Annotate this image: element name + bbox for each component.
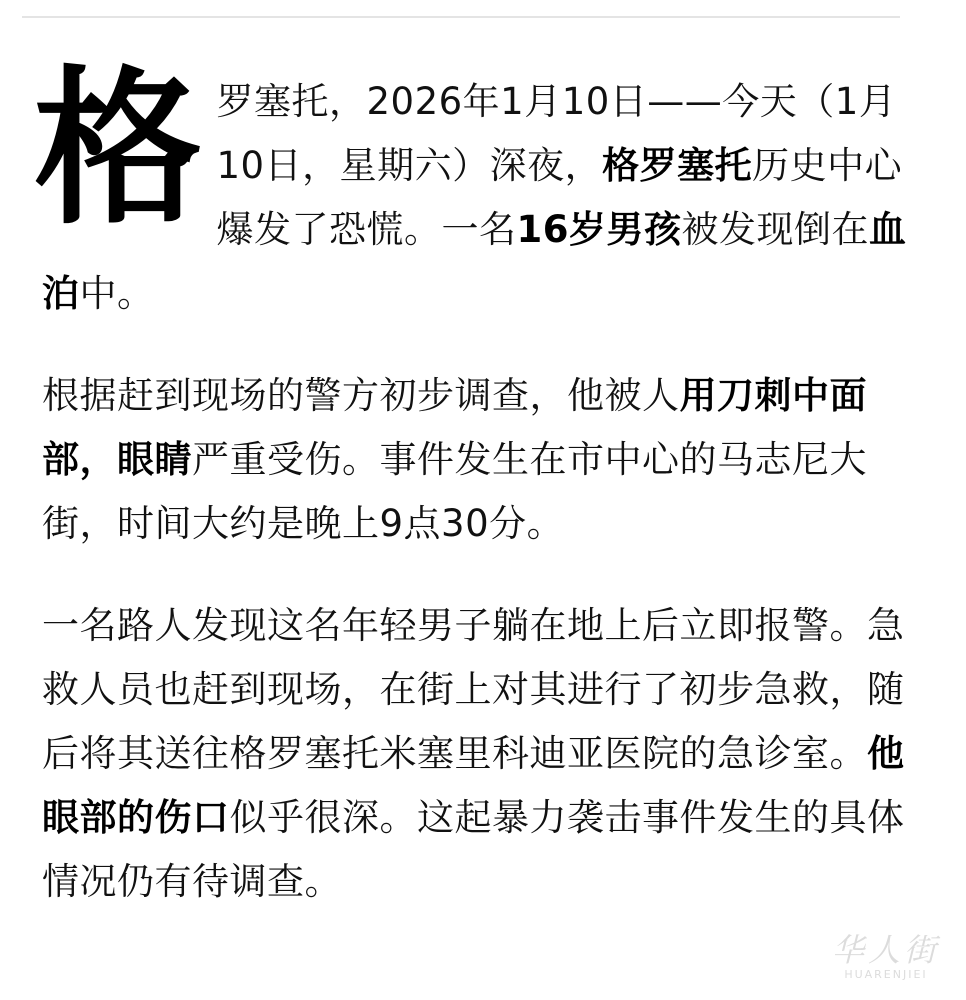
paragraph-2: 根据赶到现场的警方初步调查，他被人用刀刺中面部，眼睛严重受伤。事件发生在市中心的… <box>42 364 912 556</box>
article-body: 格罗塞托，2026年1月10日——今天（1月10日，星期六）深夜，格罗塞托历史中… <box>42 70 912 952</box>
watermark-chinese: 华人街 <box>816 932 956 968</box>
paragraph-3: 一名路人发现这名年轻男子躺在地上后立即报警。急救人员也赶到现场，在街上对其进行了… <box>42 594 912 914</box>
drop-cap: 格 <box>34 74 203 224</box>
bold-segment: 16岁男孩 <box>517 208 682 251</box>
top-divider <box>22 16 900 18</box>
paragraph-1: 格罗塞托，2026年1月10日——今天（1月10日，星期六）深夜，格罗塞托历史中… <box>42 70 912 326</box>
text-segment: 一名路人发现这名年轻男子躺在地上后立即报警。急救人员也赶到现场，在街上对其进行了… <box>42 604 905 775</box>
watermark-latin: HUARENJIEI <box>816 968 956 982</box>
bold-segment: 格罗塞托 <box>602 144 752 187</box>
text-segment: 中。 <box>80 272 155 315</box>
text-segment: 被发现倒在 <box>682 208 870 251</box>
text-segment: 根据赶到现场的警方初步调查，他被人 <box>42 374 680 417</box>
watermark-logo: 华人街 HUARENJIEI <box>816 932 956 992</box>
